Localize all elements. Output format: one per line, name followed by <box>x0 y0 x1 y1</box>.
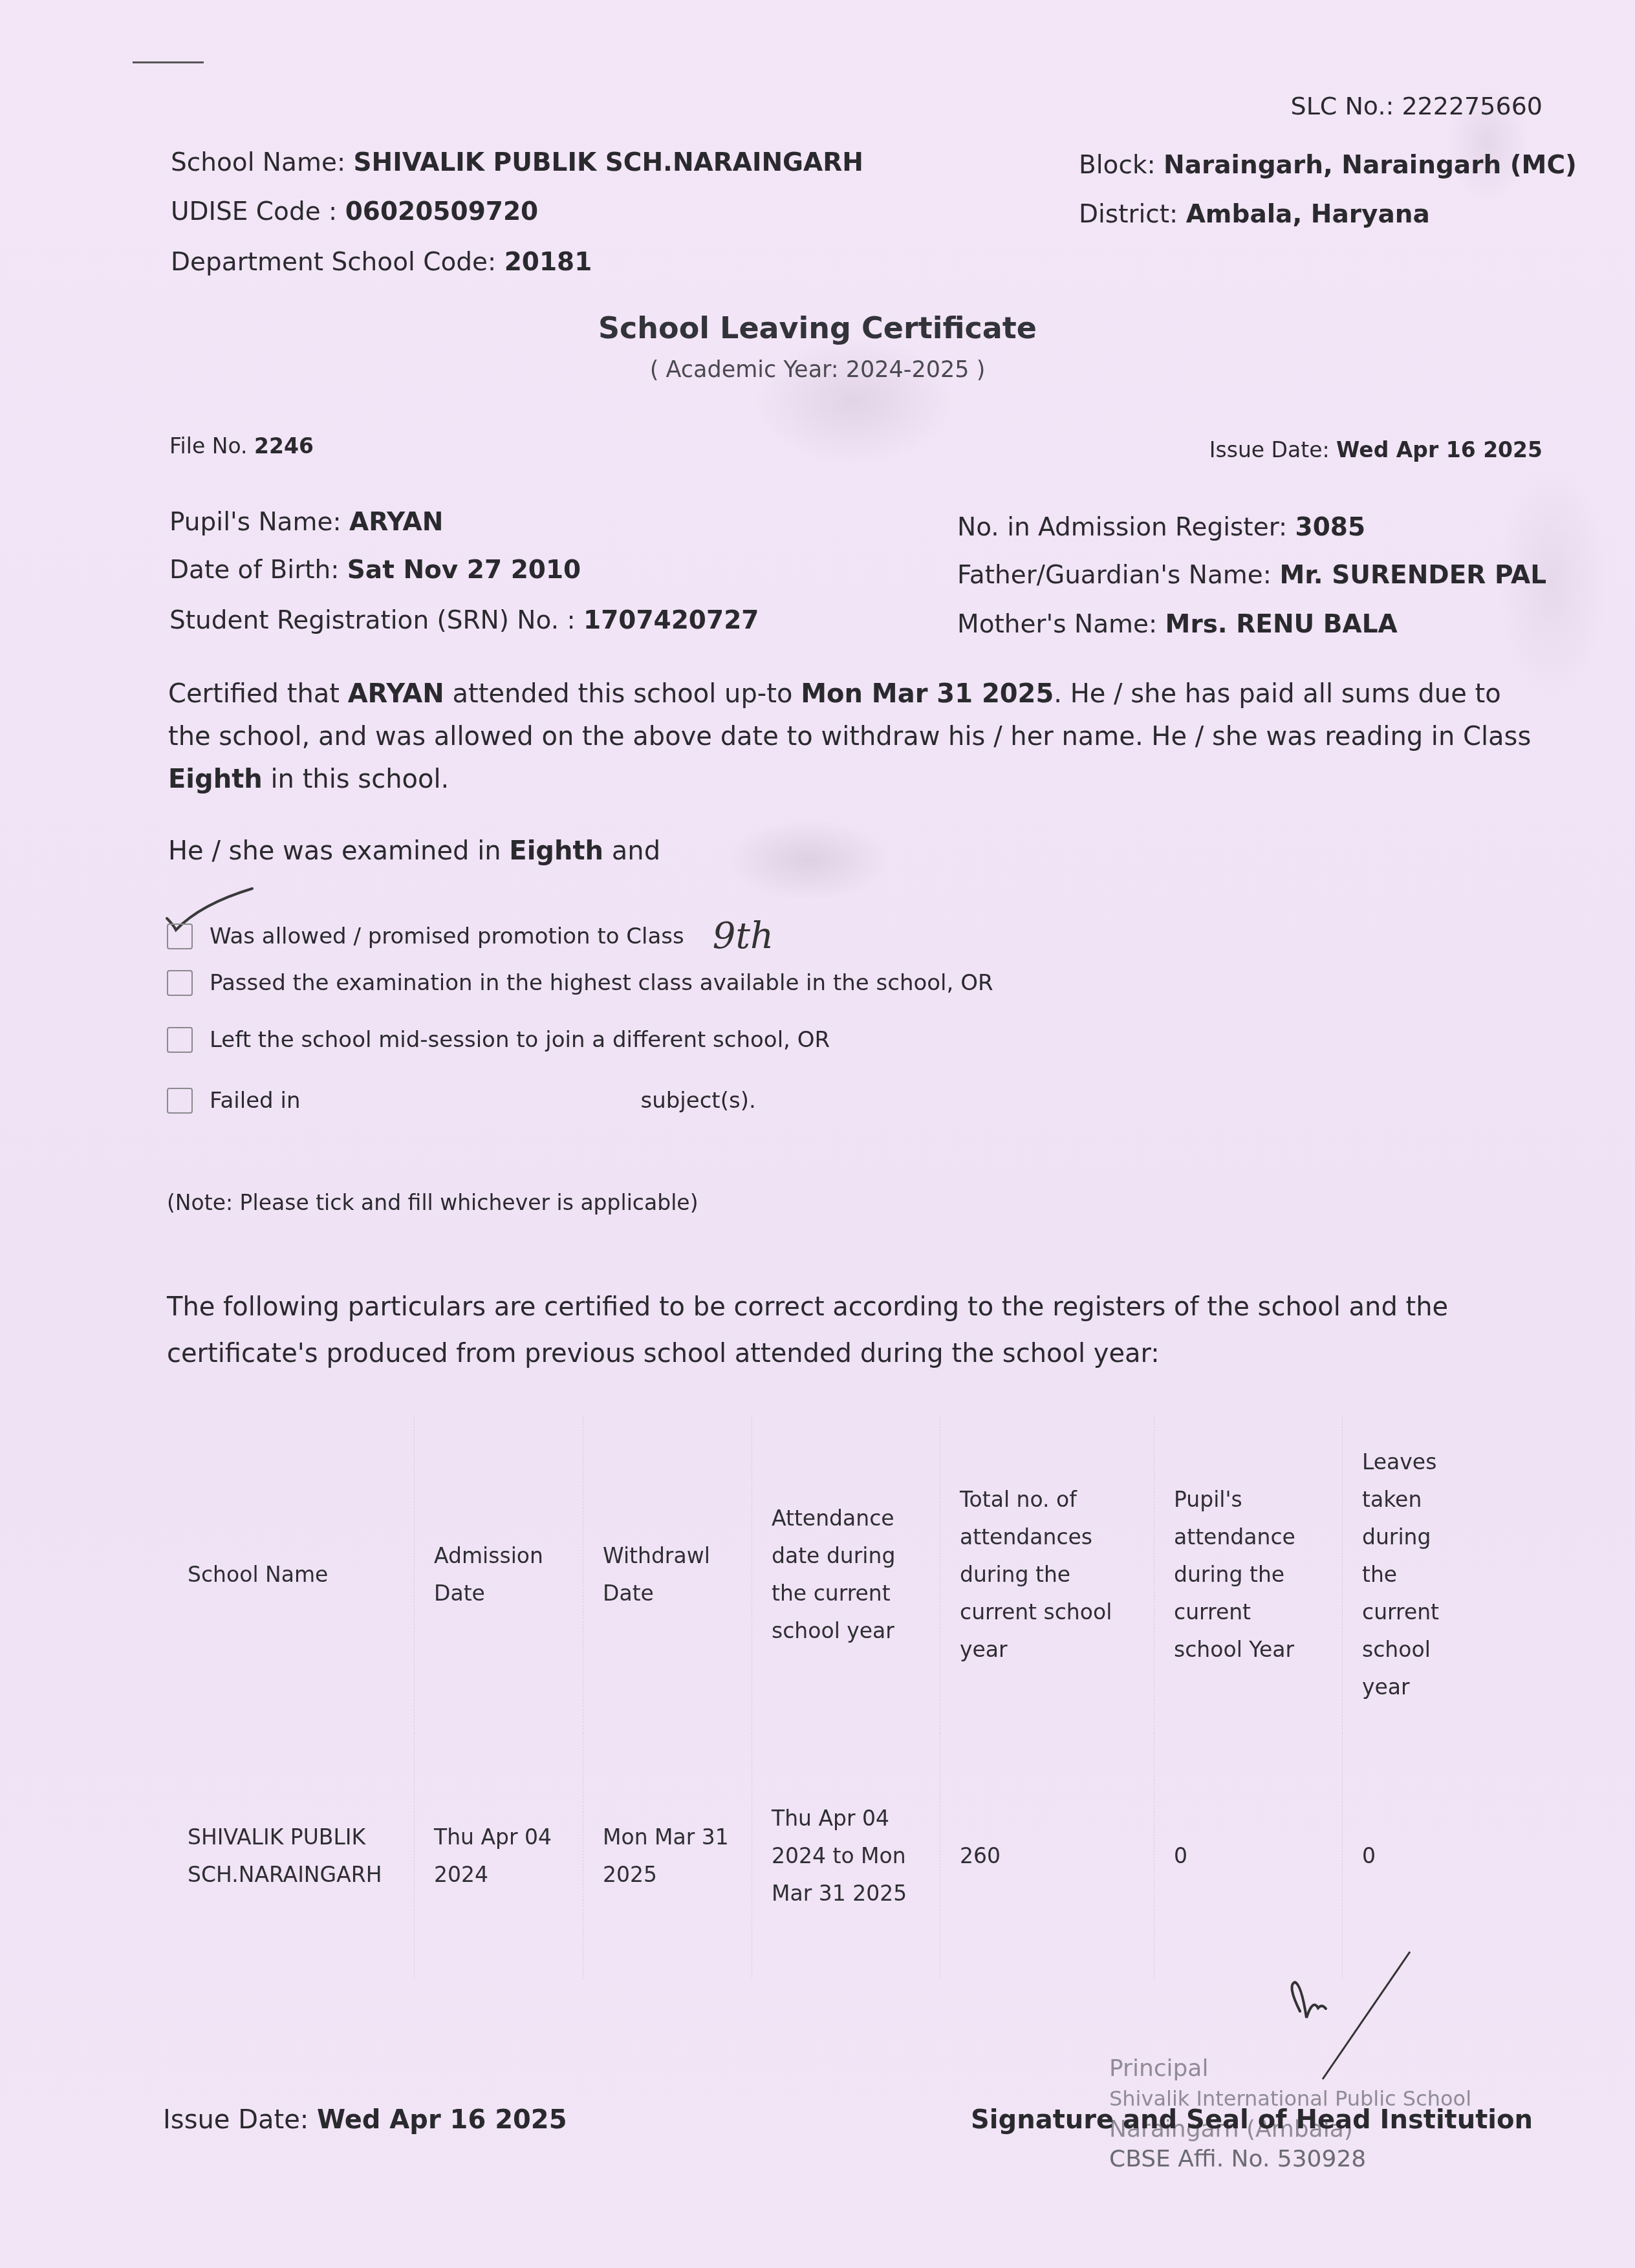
col-withdrawal-date: Withdrawl Date <box>583 1416 752 1733</box>
examined-text: He / she was examined in <box>168 836 509 866</box>
mother-label: Mother's Name: <box>957 610 1157 639</box>
dept-code-label: Department School Code: <box>171 248 496 277</box>
dept-school-code: Department School Code: 20181 <box>171 250 592 275</box>
slc-value: 222275660 <box>1402 92 1543 120</box>
date-of-birth: Date of Birth: Sat Nov 27 2010 <box>169 557 581 583</box>
cell-pupil-attendance: 0 <box>1154 1733 1343 1979</box>
cell-withdrawal-date: Mon Mar 31 2025 <box>583 1733 752 1979</box>
dob-label: Date of Birth: <box>169 556 339 585</box>
checkbox-promotion[interactable] <box>167 923 193 949</box>
principal-signature-icon <box>1261 1947 1455 2089</box>
block-label: Block: <box>1079 151 1156 180</box>
checkbox-failed[interactable] <box>167 1088 193 1114</box>
col-school-name: School Name <box>168 1416 415 1733</box>
file-no-value: 2246 <box>254 433 314 459</box>
block-value: Naraingarh, Naraingarh (MC) <box>1164 151 1577 180</box>
dob-value: Sat Nov 27 2010 <box>347 556 581 585</box>
cell-leaves-taken: 0 <box>1343 1733 1466 1979</box>
srn-number: Student Registration (SRN) No. : 1707420… <box>169 608 759 633</box>
examined-text: and <box>603 836 660 866</box>
slc-number: SLC No.: 222275660 <box>1291 92 1543 120</box>
dept-code-value: 20181 <box>504 248 592 277</box>
certificate-page: SLC No.: 222275660 School Name: SHIVALIK… <box>0 0 1635 2268</box>
cell-total-attendances: 260 <box>940 1733 1154 1979</box>
note: (Note: Please tick and fill whichever is… <box>167 1190 698 1215</box>
option-label: Was allowed / promised promotion to Clas… <box>210 923 684 949</box>
cert-text: attended this school up-to <box>444 679 801 709</box>
examined-line: He / she was examined in Eighth and <box>168 830 660 872</box>
admission-no-value: 3085 <box>1295 513 1366 542</box>
school-name: School Name: SHIVALIK PUBLIK SCH.NARAING… <box>171 150 863 175</box>
school-name-label: School Name: <box>171 148 345 177</box>
cert-date: Mon Mar 31 2025 <box>801 679 1054 709</box>
handwritten-class: 9th <box>713 915 774 957</box>
col-leaves-taken: Leaves taken during the current school y… <box>1343 1416 1466 1733</box>
father-name: Father/Guardian's Name: Mr. SURENDER PAL <box>957 563 1546 588</box>
school-name-value: SHIVALIK PUBLIK SCH.NARAINGARH <box>353 148 863 177</box>
table-row: SHIVALIK PUBLIK SCH.NARAINGARH Thu Apr 0… <box>168 1733 1466 1979</box>
mother-value: Mrs. RENU BALA <box>1165 610 1398 639</box>
issue-date-value: Wed Apr 16 2025 <box>1336 437 1543 462</box>
option-suffix: subject(s). <box>640 1088 755 1114</box>
block: Block: Naraingarh, Naraingarh (MC) <box>1079 153 1577 178</box>
col-attendance-date: Attendance date during the current schoo… <box>752 1416 940 1733</box>
issue-date-top: Issue Date: Wed Apr 16 2025 <box>1209 437 1543 462</box>
father-label: Father/Guardian's Name: <box>957 561 1272 590</box>
option-label: Passed the examination in the highest cl… <box>210 970 993 996</box>
option-left-mid-session[interactable]: Left the school mid-session to join a di… <box>167 1027 830 1053</box>
page-title: School Leaving Certificate <box>0 310 1635 345</box>
admission-no-label: No. in Admission Register: <box>957 513 1287 542</box>
seal-cbse-affiliation: CBSE Affi. No. 530928 <box>1109 2146 1366 2172</box>
district-label: District: <box>1079 200 1178 229</box>
pupil-name-label: Pupil's Name: <box>169 508 341 537</box>
examined-class: Eighth <box>509 836 603 866</box>
file-no-label: File No. <box>169 433 248 459</box>
particulars-text: The following particulars are certified … <box>167 1284 1557 1377</box>
footer-issue-date-label: Issue Date: <box>163 2105 309 2135</box>
staple-mark <box>133 61 204 63</box>
pupil-name: Pupil's Name: ARYAN <box>169 510 443 535</box>
cert-text: in this school. <box>263 764 449 794</box>
seal-principal: Principal <box>1109 2055 1208 2082</box>
cert-name: ARYAN <box>348 679 444 709</box>
udise-value: 06020509720 <box>345 197 539 226</box>
srn-label: Student Registration (SRN) No. : <box>169 606 576 635</box>
srn-value: 1707420727 <box>583 606 759 635</box>
option-passed-highest[interactable]: Passed the examination in the highest cl… <box>167 970 993 996</box>
udise-code: UDISE Code : 06020509720 <box>171 199 538 224</box>
pupil-name-value: ARYAN <box>349 508 443 537</box>
col-admission-date: Admission Date <box>415 1416 583 1733</box>
issue-date-label: Issue Date: <box>1209 437 1330 462</box>
footer-issue-date-value: Wed Apr 16 2025 <box>317 2105 567 2135</box>
checkbox-passed-highest[interactable] <box>167 970 193 996</box>
option-failed[interactable]: Failed in subject(s). <box>167 1088 756 1114</box>
attendance-table: School Name Admission Date Withdrawl Dat… <box>168 1416 1466 1979</box>
father-value: Mr. SURENDER PAL <box>1279 561 1546 590</box>
option-label: Failed in <box>210 1088 300 1114</box>
academic-year: ( Academic Year: 2024-2025 ) <box>0 357 1635 383</box>
option-label: Left the school mid-session to join a di… <box>210 1027 830 1053</box>
district-value: Ambala, Haryana <box>1186 200 1430 229</box>
mother-name: Mother's Name: Mrs. RENU BALA <box>957 612 1398 637</box>
file-number: File No. 2246 <box>169 433 314 459</box>
col-total-attendances: Total no. of attendances during the curr… <box>940 1416 1154 1733</box>
cert-class: Eighth <box>168 764 263 794</box>
cell-school-name: SHIVALIK PUBLIK SCH.NARAINGARH <box>168 1733 415 1979</box>
cell-admission-date: Thu Apr 04 2024 <box>415 1733 583 1979</box>
udise-label: UDISE Code : <box>171 197 337 226</box>
cert-text: Certified that <box>168 679 348 709</box>
issue-date-bottom: Issue Date: Wed Apr 16 2025 <box>163 2105 567 2135</box>
option-promotion[interactable]: Was allowed / promised promotion to Clas… <box>167 915 774 957</box>
district: District: Ambala, Haryana <box>1079 202 1430 227</box>
slc-label: SLC No.: <box>1291 92 1394 120</box>
admission-register-no: No. in Admission Register: 3085 <box>957 515 1365 540</box>
cell-attendance-date: Thu Apr 04 2024 to Mon Mar 31 2025 <box>752 1733 940 1979</box>
checkbox-left-mid-session[interactable] <box>167 1027 193 1053</box>
signature-label: Signature and Seal of Head Institution <box>971 2105 1533 2135</box>
col-pupil-attendance: Pupil's attendance during the current sc… <box>1154 1416 1343 1733</box>
certification-paragraph: Certified that ARYAN attended this schoo… <box>168 673 1539 801</box>
table-header-row: School Name Admission Date Withdrawl Dat… <box>168 1416 1466 1733</box>
